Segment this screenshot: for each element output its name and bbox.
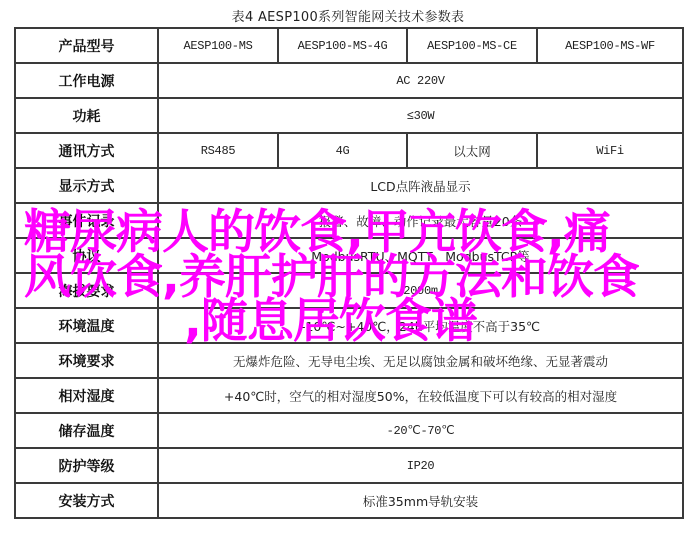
row-label: 相对湿度 — [15, 378, 158, 413]
table-row-ambient-temp: 环境温度 -10℃~+40℃，24h平均温度不高于35℃ — [15, 308, 683, 343]
cell-model-2: AESP100-MS-4G — [278, 28, 407, 63]
cell-model-1: AESP100-MS — [158, 28, 278, 63]
cell-value: 2000m — [158, 273, 683, 308]
row-label: 储存温度 — [15, 413, 158, 448]
cell-value: 报警、故障、动作记录最大容量20条 — [158, 203, 683, 238]
table-row-altitude: 海拔要求 2000m — [15, 273, 683, 308]
cell-value: ≤30W — [158, 98, 683, 133]
cell-value: 无爆炸危险、无导电尘埃、无足以腐蚀金属和破坏绝缘、无显著震动 — [158, 343, 683, 378]
row-label: 环境温度 — [15, 308, 158, 343]
cell-value: ModbusRTU、MQTT、ModbusTCP等 — [158, 238, 683, 273]
table-row-protection: 防护等级 IP20 — [15, 448, 683, 483]
cell-model-4: AESP100-MS-WF — [537, 28, 683, 63]
row-label: 防护等级 — [15, 448, 158, 483]
row-label: 产品型号 — [15, 28, 158, 63]
row-label: 环境要求 — [15, 343, 158, 378]
row-label: 安装方式 — [15, 483, 158, 518]
table-row-communication: 通讯方式 RS485 4G 以太网 WiFi — [15, 133, 683, 168]
table-row-power-consumption: 功耗 ≤30W — [15, 98, 683, 133]
row-label: 事件记录 — [15, 203, 158, 238]
cell-model-3: AESP100-MS-CE — [407, 28, 537, 63]
cell-comm-3: 以太网 — [407, 133, 537, 168]
cell-value: 标准35mm导轨安装 — [158, 483, 683, 518]
row-label: 通讯方式 — [15, 133, 158, 168]
cell-value: +40℃时，空气的相对湿度50%，在较低温度下可以有较高的相对湿度 — [158, 378, 683, 413]
table-row-installation: 安装方式 标准35mm导轨安装 — [15, 483, 683, 518]
table-row-display: 显示方式 LCD点阵液晶显示 — [15, 168, 683, 203]
cell-value: -20℃-70℃ — [158, 413, 683, 448]
row-label: 显示方式 — [15, 168, 158, 203]
table-row-protocol: 协议 ModbusRTU、MQTT、ModbusTCP等 — [15, 238, 683, 273]
cell-value: -10℃~+40℃，24h平均温度不高于35℃ — [158, 308, 683, 343]
table-caption: 表4 AESP100系列智能网关技术参数表 — [0, 6, 696, 25]
row-label: 协议 — [15, 238, 158, 273]
row-label: 功耗 — [15, 98, 158, 133]
cell-value: IP20 — [158, 448, 683, 483]
table-row-power-supply: 工作电源 AC 220V — [15, 63, 683, 98]
table-row-model: 产品型号 AESP100-MS AESP100-MS-4G AESP100-MS… — [15, 28, 683, 63]
cell-value: LCD点阵液晶显示 — [158, 168, 683, 203]
cell-value: AC 220V — [158, 63, 683, 98]
table-row-environment: 环境要求 无爆炸危险、无导电尘埃、无足以腐蚀金属和破坏绝缘、无显著震动 — [15, 343, 683, 378]
cell-comm-2: 4G — [278, 133, 407, 168]
table-row-humidity: 相对湿度 +40℃时，空气的相对湿度50%，在较低温度下可以有较高的相对湿度 — [15, 378, 683, 413]
table-row-event-record: 事件记录 报警、故障、动作记录最大容量20条 — [15, 203, 683, 238]
row-label: 海拔要求 — [15, 273, 158, 308]
spec-table: 产品型号 AESP100-MS AESP100-MS-4G AESP100-MS… — [14, 27, 684, 519]
cell-comm-1: RS485 — [158, 133, 278, 168]
table-row-storage-temp: 储存温度 -20℃-70℃ — [15, 413, 683, 448]
cell-comm-4: WiFi — [537, 133, 683, 168]
row-label: 工作电源 — [15, 63, 158, 98]
